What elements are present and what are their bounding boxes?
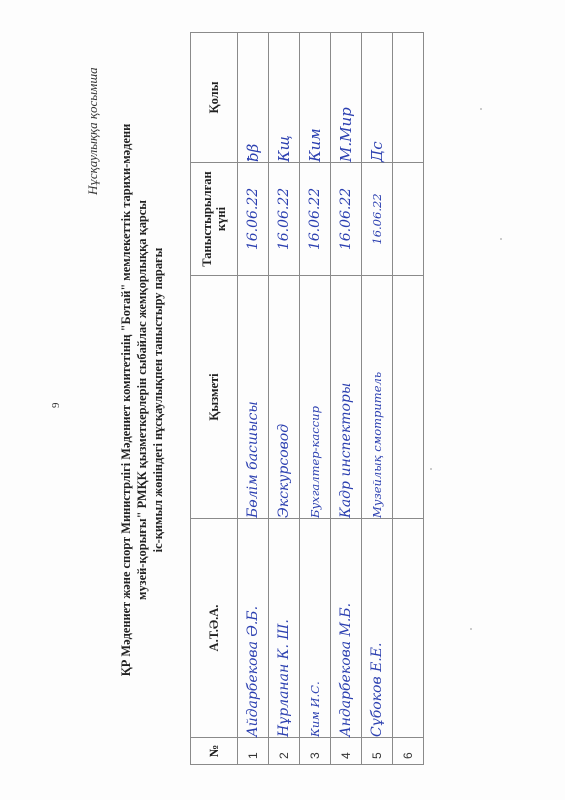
- scan-speck: [430, 468, 432, 470]
- table-header-row: № А.Т.Ә.А. Қызметі Таныстырылған күні Қо…: [191, 33, 238, 765]
- row-date: 16.06.22: [362, 163, 393, 276]
- row-name: Сұбоков Е.Е.: [362, 519, 393, 738]
- row-date: 16.06.22: [331, 163, 362, 276]
- title-line-1: ҚР Мәдениет және спорт Министрлігі Мәден…: [118, 80, 134, 720]
- header-num: №: [191, 738, 238, 765]
- row-date: [393, 163, 424, 276]
- table-row: 6: [393, 33, 424, 765]
- row-position: [393, 276, 424, 519]
- row-date: 16.06.22: [238, 163, 269, 276]
- table-row: 4 Андарбекова М.Б. Кадр инспекторы 16.06…: [331, 33, 362, 765]
- row-signature: Кщ: [269, 33, 300, 163]
- scan-speck: [500, 238, 502, 240]
- row-signature: Ким: [300, 33, 331, 163]
- row-position: Музейлық смотритель: [362, 276, 393, 519]
- document-page: 9 Нұсқаулыққа қосымша ҚР Мәдениет және с…: [0, 0, 565, 800]
- scan-speck: [470, 628, 472, 630]
- page-number: 9: [50, 403, 62, 409]
- table-row: 5 Сұбоков Е.Е. Музейлық смотритель 16.06…: [362, 33, 393, 765]
- row-signature: М.Мир: [331, 33, 362, 163]
- acquaintance-table: № А.Т.Ә.А. Қызметі Таныстырылған күні Қо…: [190, 32, 424, 765]
- row-name: Андарбекова М.Б.: [331, 519, 362, 738]
- row-name: Ким И.С.: [300, 519, 331, 738]
- table-row: 2 Нұрланан К. Ш. Экскурсовод 16.06.22 Кщ: [269, 33, 300, 765]
- row-position: Экскурсовод: [269, 276, 300, 519]
- title-line-2: музей-қорығы" РМҚК қызметкерлерін сыбайл…: [134, 80, 150, 720]
- row-num: 6: [393, 738, 424, 765]
- row-position: Бухгалтер-кассир: [300, 276, 331, 519]
- row-num: 4: [331, 738, 362, 765]
- title-line-3: іс-қимыл жөніндегі нұсқаулықпен таныстыр…: [150, 80, 166, 720]
- row-signature: Дс: [362, 33, 393, 163]
- row-name: Айдарбекова Ә.Б.: [238, 519, 269, 738]
- row-num: 2: [269, 738, 300, 765]
- header-position: Қызметі: [191, 276, 238, 519]
- document-title: ҚР Мәдениет және спорт Министрлігі Мәден…: [118, 80, 166, 720]
- row-name: [393, 519, 424, 738]
- row-signature: [393, 33, 424, 163]
- row-signature: ƀβ: [238, 33, 269, 163]
- row-name: Нұрланан К. Ш.: [269, 519, 300, 738]
- row-date: 16.06.22: [269, 163, 300, 276]
- header-name: А.Т.Ә.А.: [191, 519, 238, 738]
- header-signature: Қолы: [191, 33, 238, 163]
- row-date: 16.06.22: [300, 163, 331, 276]
- table-row: 1 Айдарбекова Ә.Б. Бөлім басшысы 16.06.2…: [238, 33, 269, 765]
- row-num: 5: [362, 738, 393, 765]
- scan-speck: [480, 108, 482, 110]
- header-date: Таныстырылған күні: [191, 163, 238, 276]
- row-position: Бөлім басшысы: [238, 276, 269, 519]
- row-position: Кадр инспекторы: [331, 276, 362, 519]
- row-num: 1: [238, 738, 269, 765]
- table-row: 3 Ким И.С. Бухгалтер-кассир 16.06.22 Ким: [300, 33, 331, 765]
- row-num: 3: [300, 738, 331, 765]
- header-date-label: Таныстырылған күні: [200, 171, 228, 267]
